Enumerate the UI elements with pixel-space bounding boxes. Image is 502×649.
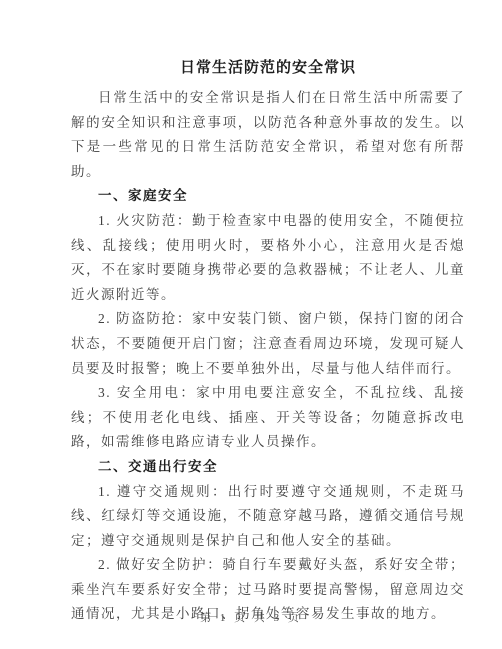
section-heading-traffic-safety: 二、交通出行安全 xyxy=(71,455,465,480)
intro-paragraph: 日常生活中的安全常识是指人们在日常生活中所需要了解的安全知识和注意事项，以防范各… xyxy=(71,86,465,184)
document-page: 日常生活防范的安全常识 日常生活中的安全常识是指人们在日常生活中所需要了解的安全… xyxy=(0,0,502,649)
page-footer: 第 1 页 共 3 页 xyxy=(0,609,502,625)
page-title: 日常生活防范的安全常识 xyxy=(71,57,465,79)
home-safety-item-fire-prevention: 1. 火灾防范：勤于检查家中电器的使用安全，不随便拉线、乱接线；使用明火时，要格… xyxy=(71,209,465,307)
home-safety-item-electrical-safety: 3. 安全用电：家中用电要注意安全，不乱拉线、乱接线；不使用老化电线、插座、开关… xyxy=(71,381,465,455)
section-heading-home-safety: 一、家庭安全 xyxy=(71,184,465,209)
traffic-safety-item-obey-rules: 1. 遵守交通规则：出行时要遵守交通规则，不走斑马线、红绿灯等交通设施，不随意穿… xyxy=(71,480,465,554)
document-content: 日常生活防范的安全常识 日常生活中的安全常识是指人们在日常生活中所需要了解的安全… xyxy=(0,0,502,627)
home-safety-item-theft-prevention: 2. 防盗防抢：家中安装门锁、窗户锁，保持门窗的闭合状态，不要随便开启门窗；注意… xyxy=(71,307,465,381)
